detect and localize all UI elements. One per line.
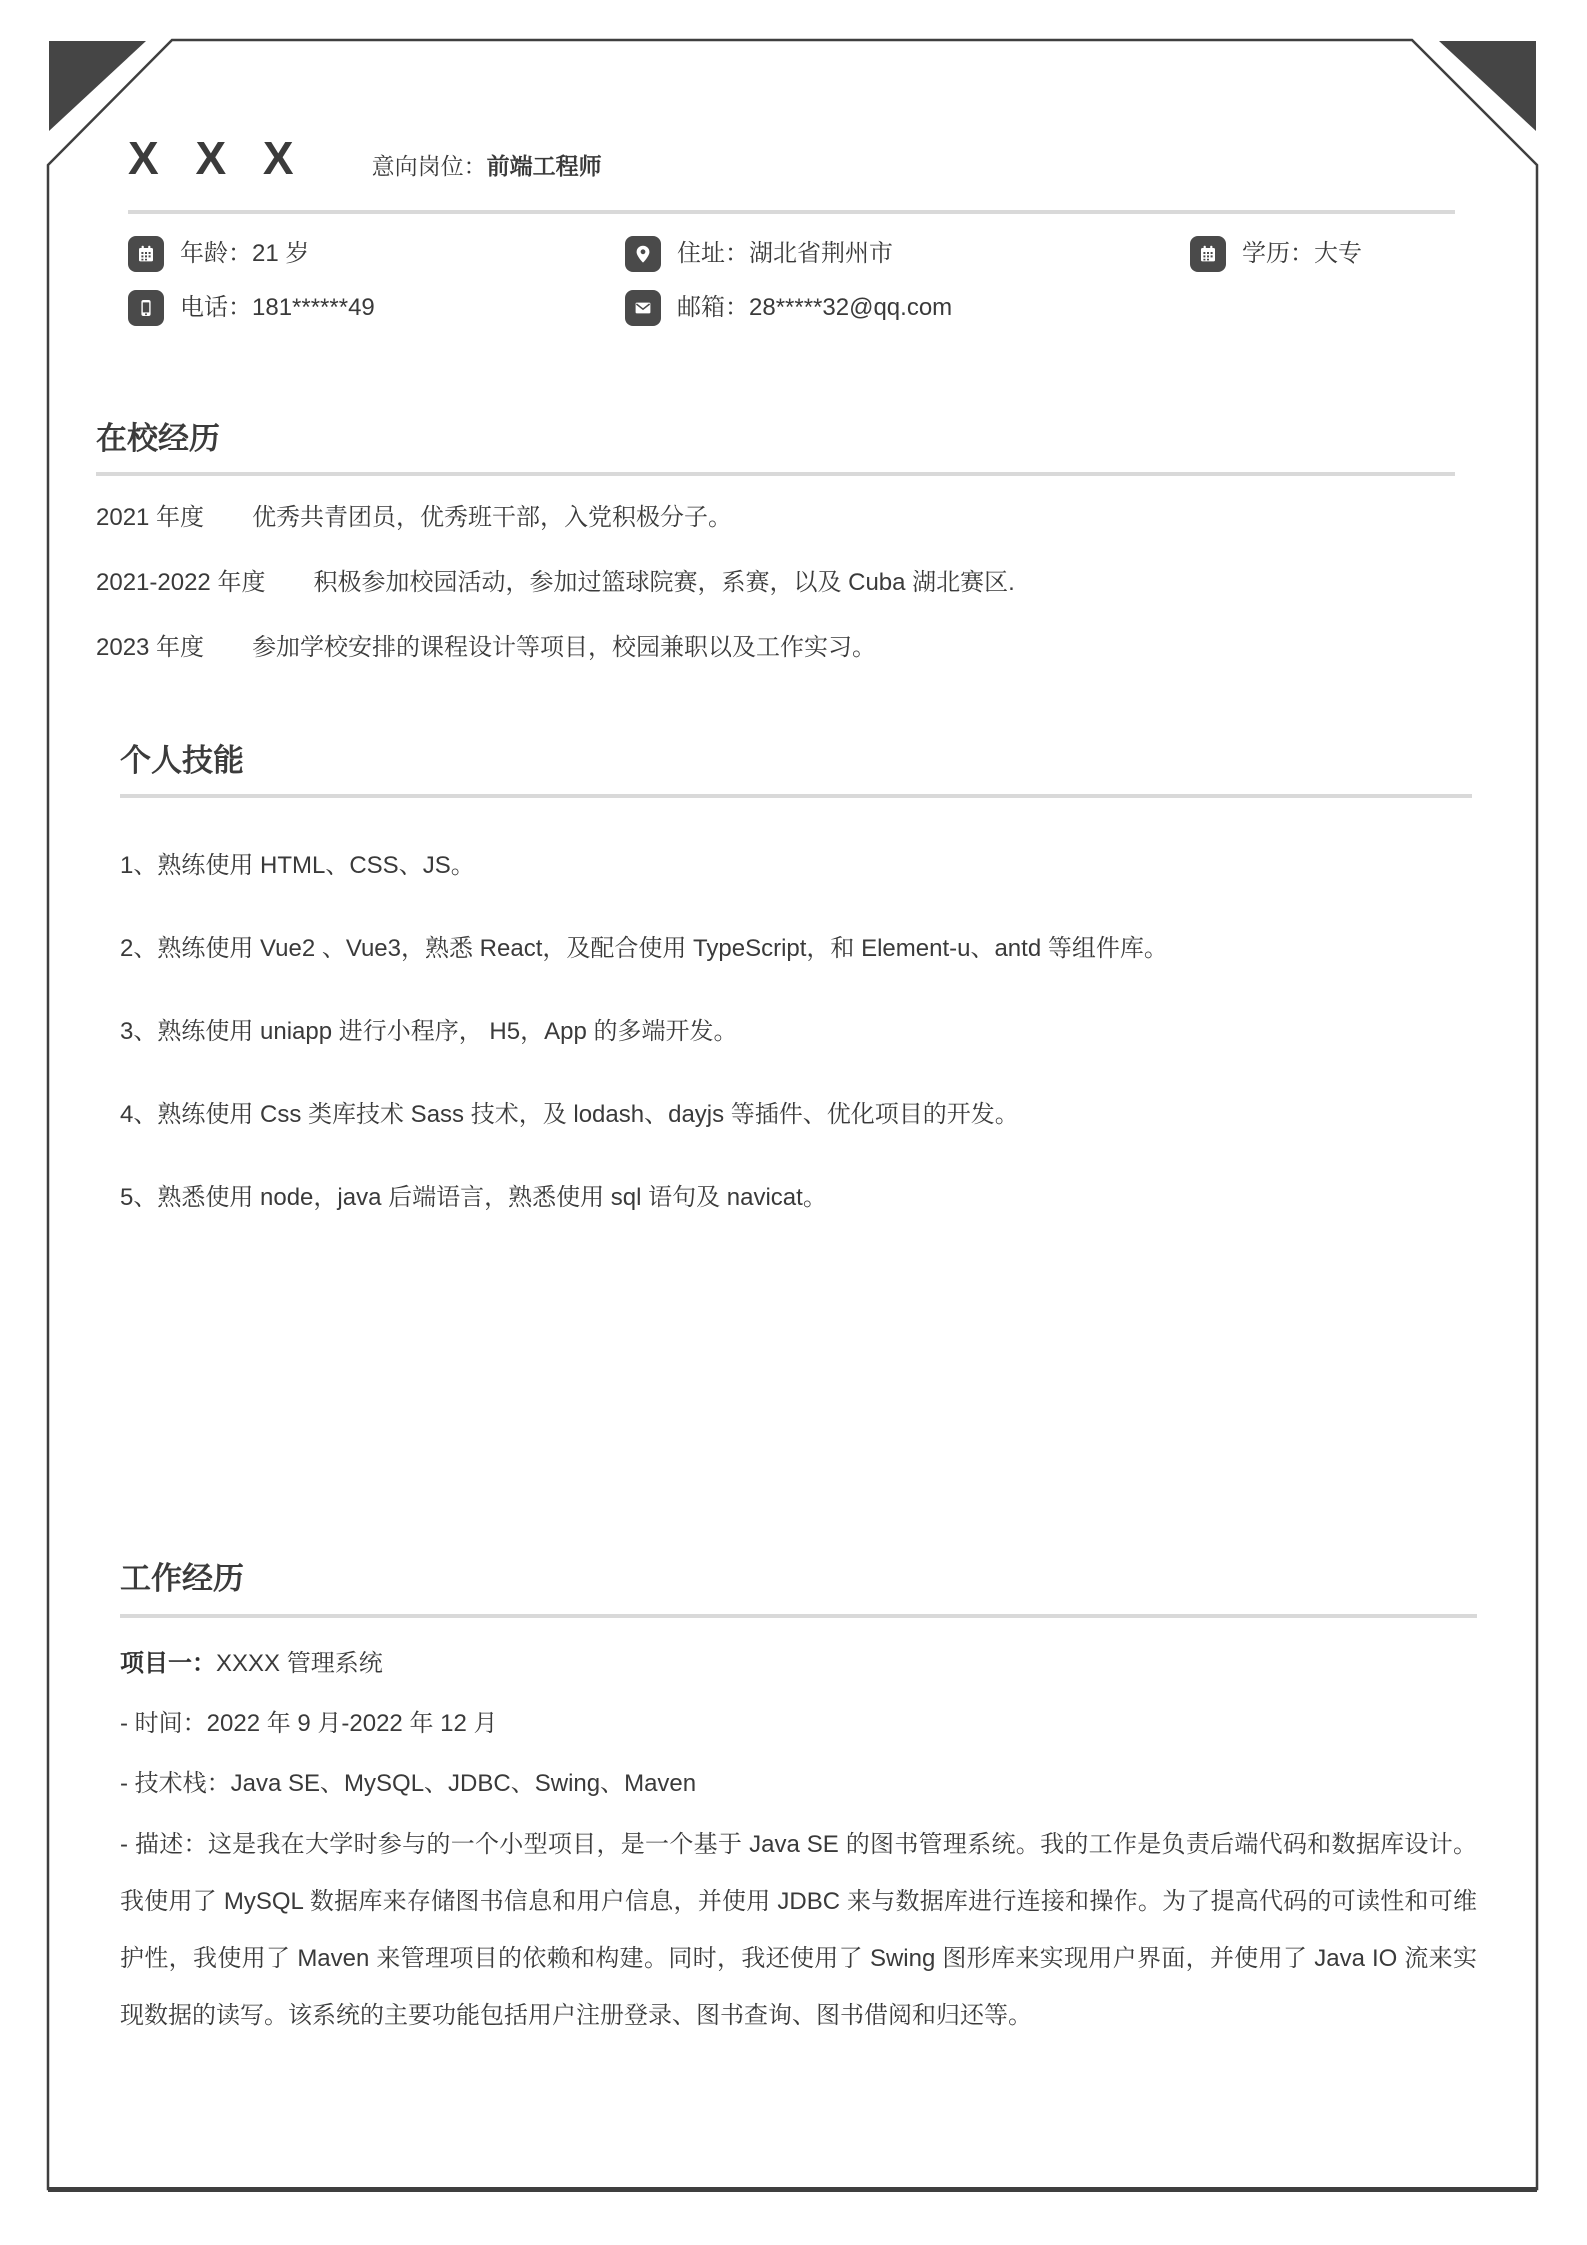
- calendar-icon: [128, 236, 164, 272]
- skill-item: 2、熟练使用 Vue2 、Vue3，熟悉 React，及配合使用 TypeScr…: [120, 931, 1477, 967]
- resume-page: X X X 意向岗位：前端工程师: [0, 0, 1587, 2245]
- school-desc: 参加学校安排的课程设计等项目，校园兼职以及工作实习。: [252, 634, 876, 661]
- school-year: 2021 年度: [96, 504, 204, 531]
- contact-phone-text: 电话：181******49: [180, 290, 375, 326]
- contact-email-text: 邮箱：28*****32@qq.com: [677, 290, 952, 326]
- section-work-experience: 工作经历 项目一：XXXX 管理系统 - 时间：2022 年 9 月-2022 …: [120, 1558, 1477, 2044]
- desired-position: 意向岗位：前端工程师: [372, 151, 602, 181]
- school-item: 2021 年度优秀共青团员，优秀班干部，入党积极分子。: [96, 500, 1477, 536]
- contact-education: 学历：大专: [1190, 236, 1477, 272]
- school-year: 2021-2022 年度: [96, 569, 265, 596]
- project-time: - 时间：2022 年 9 月-2022 年 12 月: [120, 1706, 1477, 1742]
- contact-info: 年龄：21 岁 住址：湖北省荆州市: [128, 236, 1477, 326]
- section-personal-skills: 个人技能 1、熟练使用 HTML、CSS、JS。 2、熟练使用 Vue2 、Vu…: [120, 740, 1477, 1216]
- school-list: 2021 年度优秀共青团员，优秀班干部，入党积极分子。 2021-2022 年度…: [96, 500, 1477, 666]
- header-divider: [128, 210, 1455, 214]
- location-icon: [625, 236, 661, 272]
- position-label: 意向岗位：: [372, 153, 487, 179]
- resume-content: X X X 意向岗位：前端工程师: [50, 42, 1535, 2190]
- mail-icon: [625, 290, 661, 326]
- contact-education-text: 学历：大专: [1242, 236, 1362, 272]
- skill-item: 4、熟练使用 Css 类库技术 Sass 技术，及 lodash、dayjs 等…: [120, 1097, 1477, 1133]
- school-year: 2023 年度: [96, 634, 204, 661]
- candidate-name: X X X: [128, 132, 306, 184]
- project-label: 项目一：: [120, 1650, 216, 1677]
- school-section-title: 在校经历: [96, 418, 1477, 460]
- work-section-title: 工作经历: [120, 1558, 1477, 1600]
- resume-header: X X X 意向岗位：前端工程师: [128, 132, 1477, 326]
- school-section-divider: [96, 472, 1455, 476]
- school-desc: 优秀共青团员，优秀班干部，入党积极分子。: [252, 504, 732, 531]
- contact-phone: 电话：181******49: [128, 290, 625, 326]
- skill-item: 1、熟练使用 HTML、CSS、JS。: [120, 848, 1477, 884]
- contact-address: 住址：湖北省荆州市: [625, 236, 1190, 272]
- project-tech-stack: - 技术栈：Java SE、MySQL、JDBC、Swing、Maven: [120, 1766, 1477, 1802]
- position-value: 前端工程师: [487, 153, 602, 179]
- contact-age: 年龄：21 岁: [128, 236, 625, 272]
- skill-item: 3、熟练使用 uniapp 进行小程序， H5，App 的多端开发。: [120, 1014, 1477, 1050]
- calendar-icon: [1190, 236, 1226, 272]
- project-description: - 描述：这是我在大学时参与的一个小型项目，是一个基于 Java SE 的图书管…: [120, 1816, 1477, 2044]
- skill-list: 1、熟练使用 HTML、CSS、JS。 2、熟练使用 Vue2 、Vue3，熟悉…: [120, 848, 1477, 1216]
- contact-email: 邮箱：28*****32@qq.com: [625, 290, 1190, 326]
- contact-age-text: 年龄：21 岁: [180, 236, 309, 272]
- school-item: 2023 年度参加学校安排的课程设计等项目，校园兼职以及工作实习。: [96, 630, 1477, 666]
- project-name: XXXX 管理系统: [216, 1650, 383, 1677]
- skills-section-title: 个人技能: [120, 740, 1477, 782]
- school-item: 2021-2022 年度积极参加校园活动，参加过篮球院赛，系赛，以及 Cuba …: [96, 565, 1477, 601]
- skill-item: 5、熟悉使用 node，java 后端语言，熟悉使用 sql 语句及 navic…: [120, 1180, 1477, 1216]
- section-school-experience: 在校经历 2021 年度优秀共青团员，优秀班干部，入党积极分子。 2021-20…: [96, 418, 1477, 666]
- work-section-divider: [120, 1614, 1477, 1618]
- contact-address-text: 住址：湖北省荆州市: [677, 236, 893, 272]
- phone-icon: [128, 290, 164, 326]
- school-desc: 积极参加校园活动，参加过篮球院赛，系赛，以及 Cuba 湖北赛区.: [313, 569, 1014, 596]
- skills-section-divider: [120, 794, 1472, 798]
- project-title-line: 项目一：XXXX 管理系统: [120, 1646, 1477, 1682]
